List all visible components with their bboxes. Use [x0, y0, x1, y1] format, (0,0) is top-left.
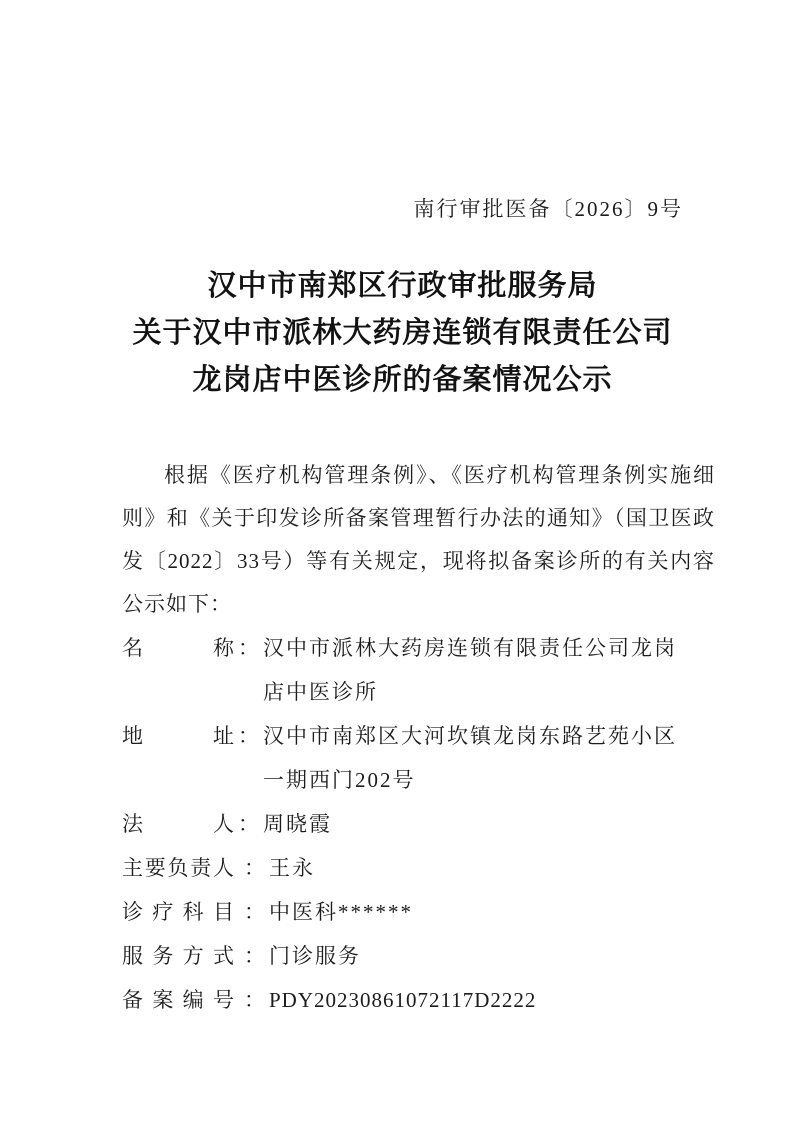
- field-label-address: 地址: [122, 714, 234, 758]
- field-row-principal: 主要负责人 ： 王永: [122, 846, 683, 890]
- field-value-service-mode: 门诊服务: [269, 934, 683, 978]
- field-colon: ：: [238, 626, 259, 670]
- field-label-legal-person: 法人: [122, 802, 234, 846]
- field-row-name: 名称 ： 汉中市派林大药房连锁有限责任公司龙岗 店中医诊所: [122, 626, 683, 714]
- field-colon: ：: [238, 714, 259, 758]
- field-label-departments: 诊疗科目: [122, 890, 234, 934]
- field-value-legal-person: 周晓霞: [263, 802, 683, 846]
- title-line-2: 关于汉中市派林大药房连锁有限责任公司: [107, 310, 698, 357]
- field-colon: ：: [238, 802, 259, 846]
- field-colon: ：: [244, 890, 265, 934]
- field-colon: ：: [244, 978, 265, 1022]
- field-row-legal-person: 法人 ： 周晓霞: [122, 802, 683, 846]
- fields-section: 名称 ： 汉中市派林大药房连锁有限责任公司龙岗 店中医诊所 地址 ： 汉中市南郑…: [122, 626, 683, 1022]
- field-row-record-number: 备案编号 ： PDY20230861072117D2222: [122, 978, 683, 1022]
- field-row-service-mode: 服务方式 ： 门诊服务: [122, 934, 683, 978]
- field-colon: ：: [244, 934, 265, 978]
- title-line-1: 汉中市南郑区行政审批服务局: [107, 263, 698, 310]
- body-paragraph: 根据《医疗机构管理条例》、《医疗机构管理条例实施细则》和《关于印发诊所备案管理暂…: [122, 454, 715, 626]
- field-colon: ：: [244, 846, 265, 890]
- doc-number: 南行审批医备〔2026〕9号: [122, 195, 683, 223]
- title-line-3: 龙岗店中医诊所的备案情况公示: [107, 357, 698, 404]
- field-label-service-mode: 服务方式: [122, 934, 234, 978]
- field-value-address: 汉中市南郑区大河坎镇龙岗东路艺苑小区 一期西门202号: [263, 714, 683, 802]
- field-row-address: 地址 ： 汉中市南郑区大河坎镇龙岗东路艺苑小区 一期西门202号: [122, 714, 683, 802]
- field-label-record-number: 备案编号: [122, 978, 234, 1022]
- field-value-name: 汉中市派林大药房连锁有限责任公司龙岗 店中医诊所: [263, 626, 683, 714]
- field-label-principal: 主要负责人: [122, 846, 234, 890]
- field-label-name: 名称: [122, 626, 234, 670]
- field-value-principal: 王永: [269, 846, 683, 890]
- document-page: 南行审批医备〔2026〕9号 汉中市南郑区行政审批服务局 关于汉中市派林大药房连…: [0, 0, 792, 1121]
- field-row-departments: 诊疗科目 ： 中医科******: [122, 890, 683, 934]
- document-title: 汉中市南郑区行政审批服务局 关于汉中市派林大药房连锁有限责任公司 龙岗店中医诊所…: [107, 263, 698, 404]
- field-value-departments: 中医科******: [269, 890, 683, 934]
- field-value-record-number: PDY20230861072117D2222: [269, 978, 683, 1022]
